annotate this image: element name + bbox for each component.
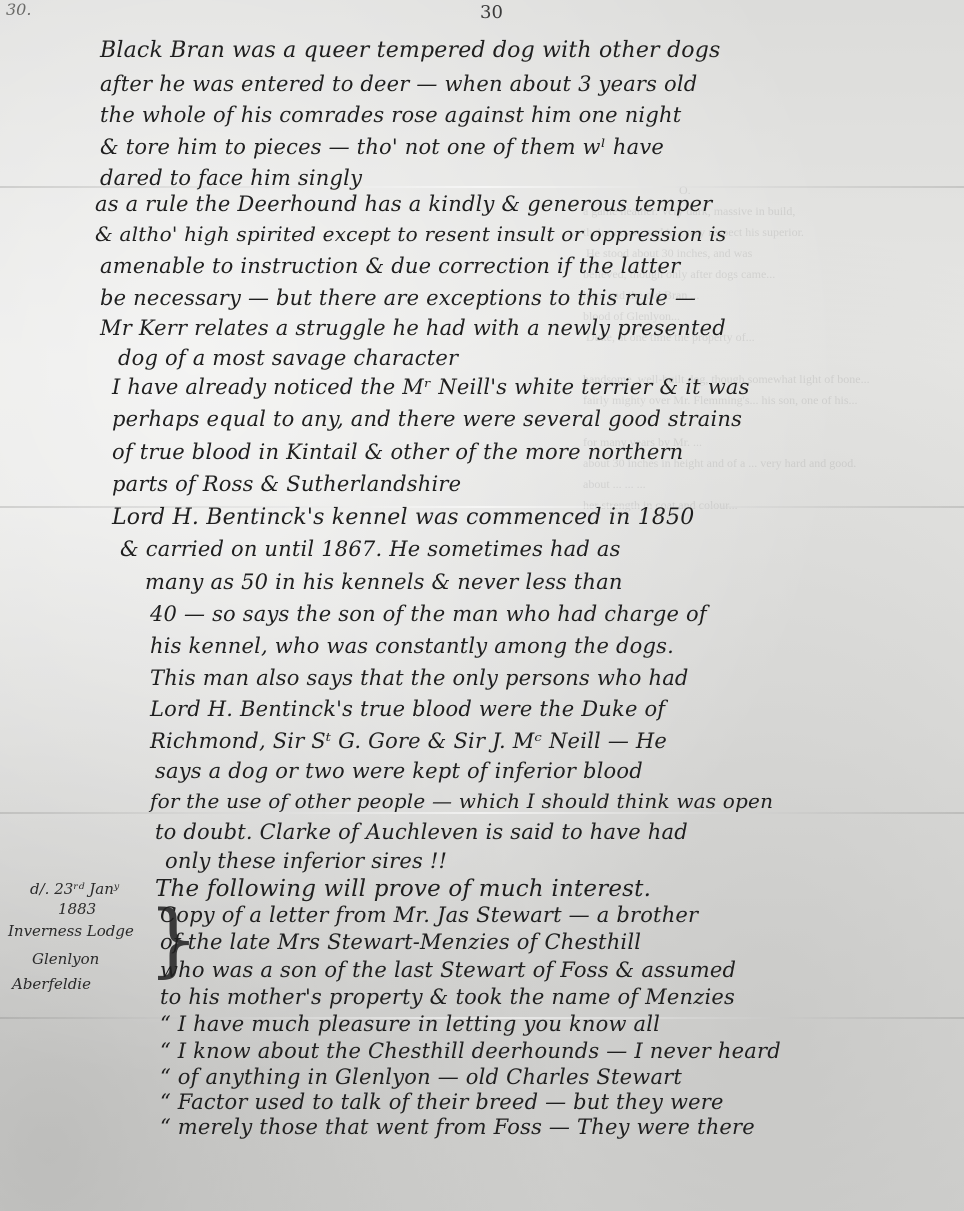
margin-note-place: Aberfeldie (12, 975, 91, 993)
text-line: to doubt. Clarke of Auchleven is said to… (155, 820, 688, 844)
text-line: “ I have much pleasure in letting you kn… (160, 1012, 660, 1036)
text-line: “ of anything in Glenlyon — old Charles … (160, 1065, 682, 1089)
text-line: as a rule the Deerhound has a kindly & g… (95, 192, 712, 216)
text-line: perhaps equal to any, and there were sev… (112, 407, 742, 431)
text-line: dog of a most savage character (118, 346, 458, 370)
text-line: Mr Kerr relates a struggle he had with a… (100, 316, 726, 340)
text-line: after he was entered to deer — when abou… (100, 72, 697, 96)
text-line: be necessary — but there are exceptions … (100, 286, 696, 310)
text-line: I have already noticed the Mʳ Neill's wh… (112, 375, 750, 399)
text-line: Lord H. Bentinck's kennel was commenced … (112, 505, 694, 530)
text-line: of true blood in Kintail & other of the … (112, 440, 683, 464)
text-line: many as 50 in his kennels & never less t… (145, 570, 623, 594)
text-line: Black Bran was a queer tempered dog with… (100, 38, 720, 63)
page-number: 30 (480, 2, 503, 23)
corner-page-number: 30. (6, 0, 31, 19)
text-line: dared to face him singly (100, 166, 362, 190)
text-line: “ I know about the Chesthill deerhounds … (160, 1039, 781, 1063)
text-line: to his mother's property & took the name… (160, 985, 735, 1009)
text-line: “ merely those that went from Foss — The… (160, 1115, 755, 1139)
text-line: This man also says that the only persons… (150, 666, 689, 690)
text-line: his kennel, who was constantly among the… (150, 634, 674, 658)
text-line: 40 — so says the son of the man who had … (150, 602, 707, 626)
text-line: the whole of his comrades rose against h… (100, 103, 681, 127)
manuscript-page: O. a game heather. Very dark, massive in… (0, 0, 964, 1211)
text-line: says a dog or two were kept of inferior … (155, 759, 643, 783)
text-line: & tore him to pieces — tho' not one of t… (100, 135, 664, 159)
text-line: Copy of a letter from Mr. Jas Stewart — … (160, 903, 698, 927)
text-line: parts of Ross & Sutherlandshire (112, 472, 461, 496)
text-line: The following will prove of much interes… (155, 876, 651, 902)
margin-note-place: Inverness Lodge (8, 922, 134, 940)
margin-note-year: 1883 (58, 900, 96, 918)
text-line: & carried on until 1867. He sometimes ha… (120, 537, 621, 561)
margin-note-place: Glenlyon (32, 950, 99, 968)
text-line: Lord H. Bentinck's true blood were the D… (150, 697, 665, 721)
text-line: who was a son of the last Stewart of Fos… (160, 958, 736, 982)
text-line: & altho' high spirited except to resent … (95, 222, 726, 246)
text-line: amenable to instruction & due correction… (100, 254, 680, 278)
text-line: Richmond, Sir Sᵗ G. Gore & Sir J. Mᶜ Nei… (150, 729, 667, 753)
text-line: for the use of other people — which I sh… (150, 789, 773, 813)
text-line: “ Factor used to talk of their breed — b… (160, 1090, 724, 1114)
text-line: only these inferior sires !! (165, 849, 447, 873)
text-line: of the late Mrs Stewart-Menzies of Chest… (160, 930, 641, 954)
margin-note-date: d/. 23ʳᵈ Janʸ (30, 880, 119, 898)
